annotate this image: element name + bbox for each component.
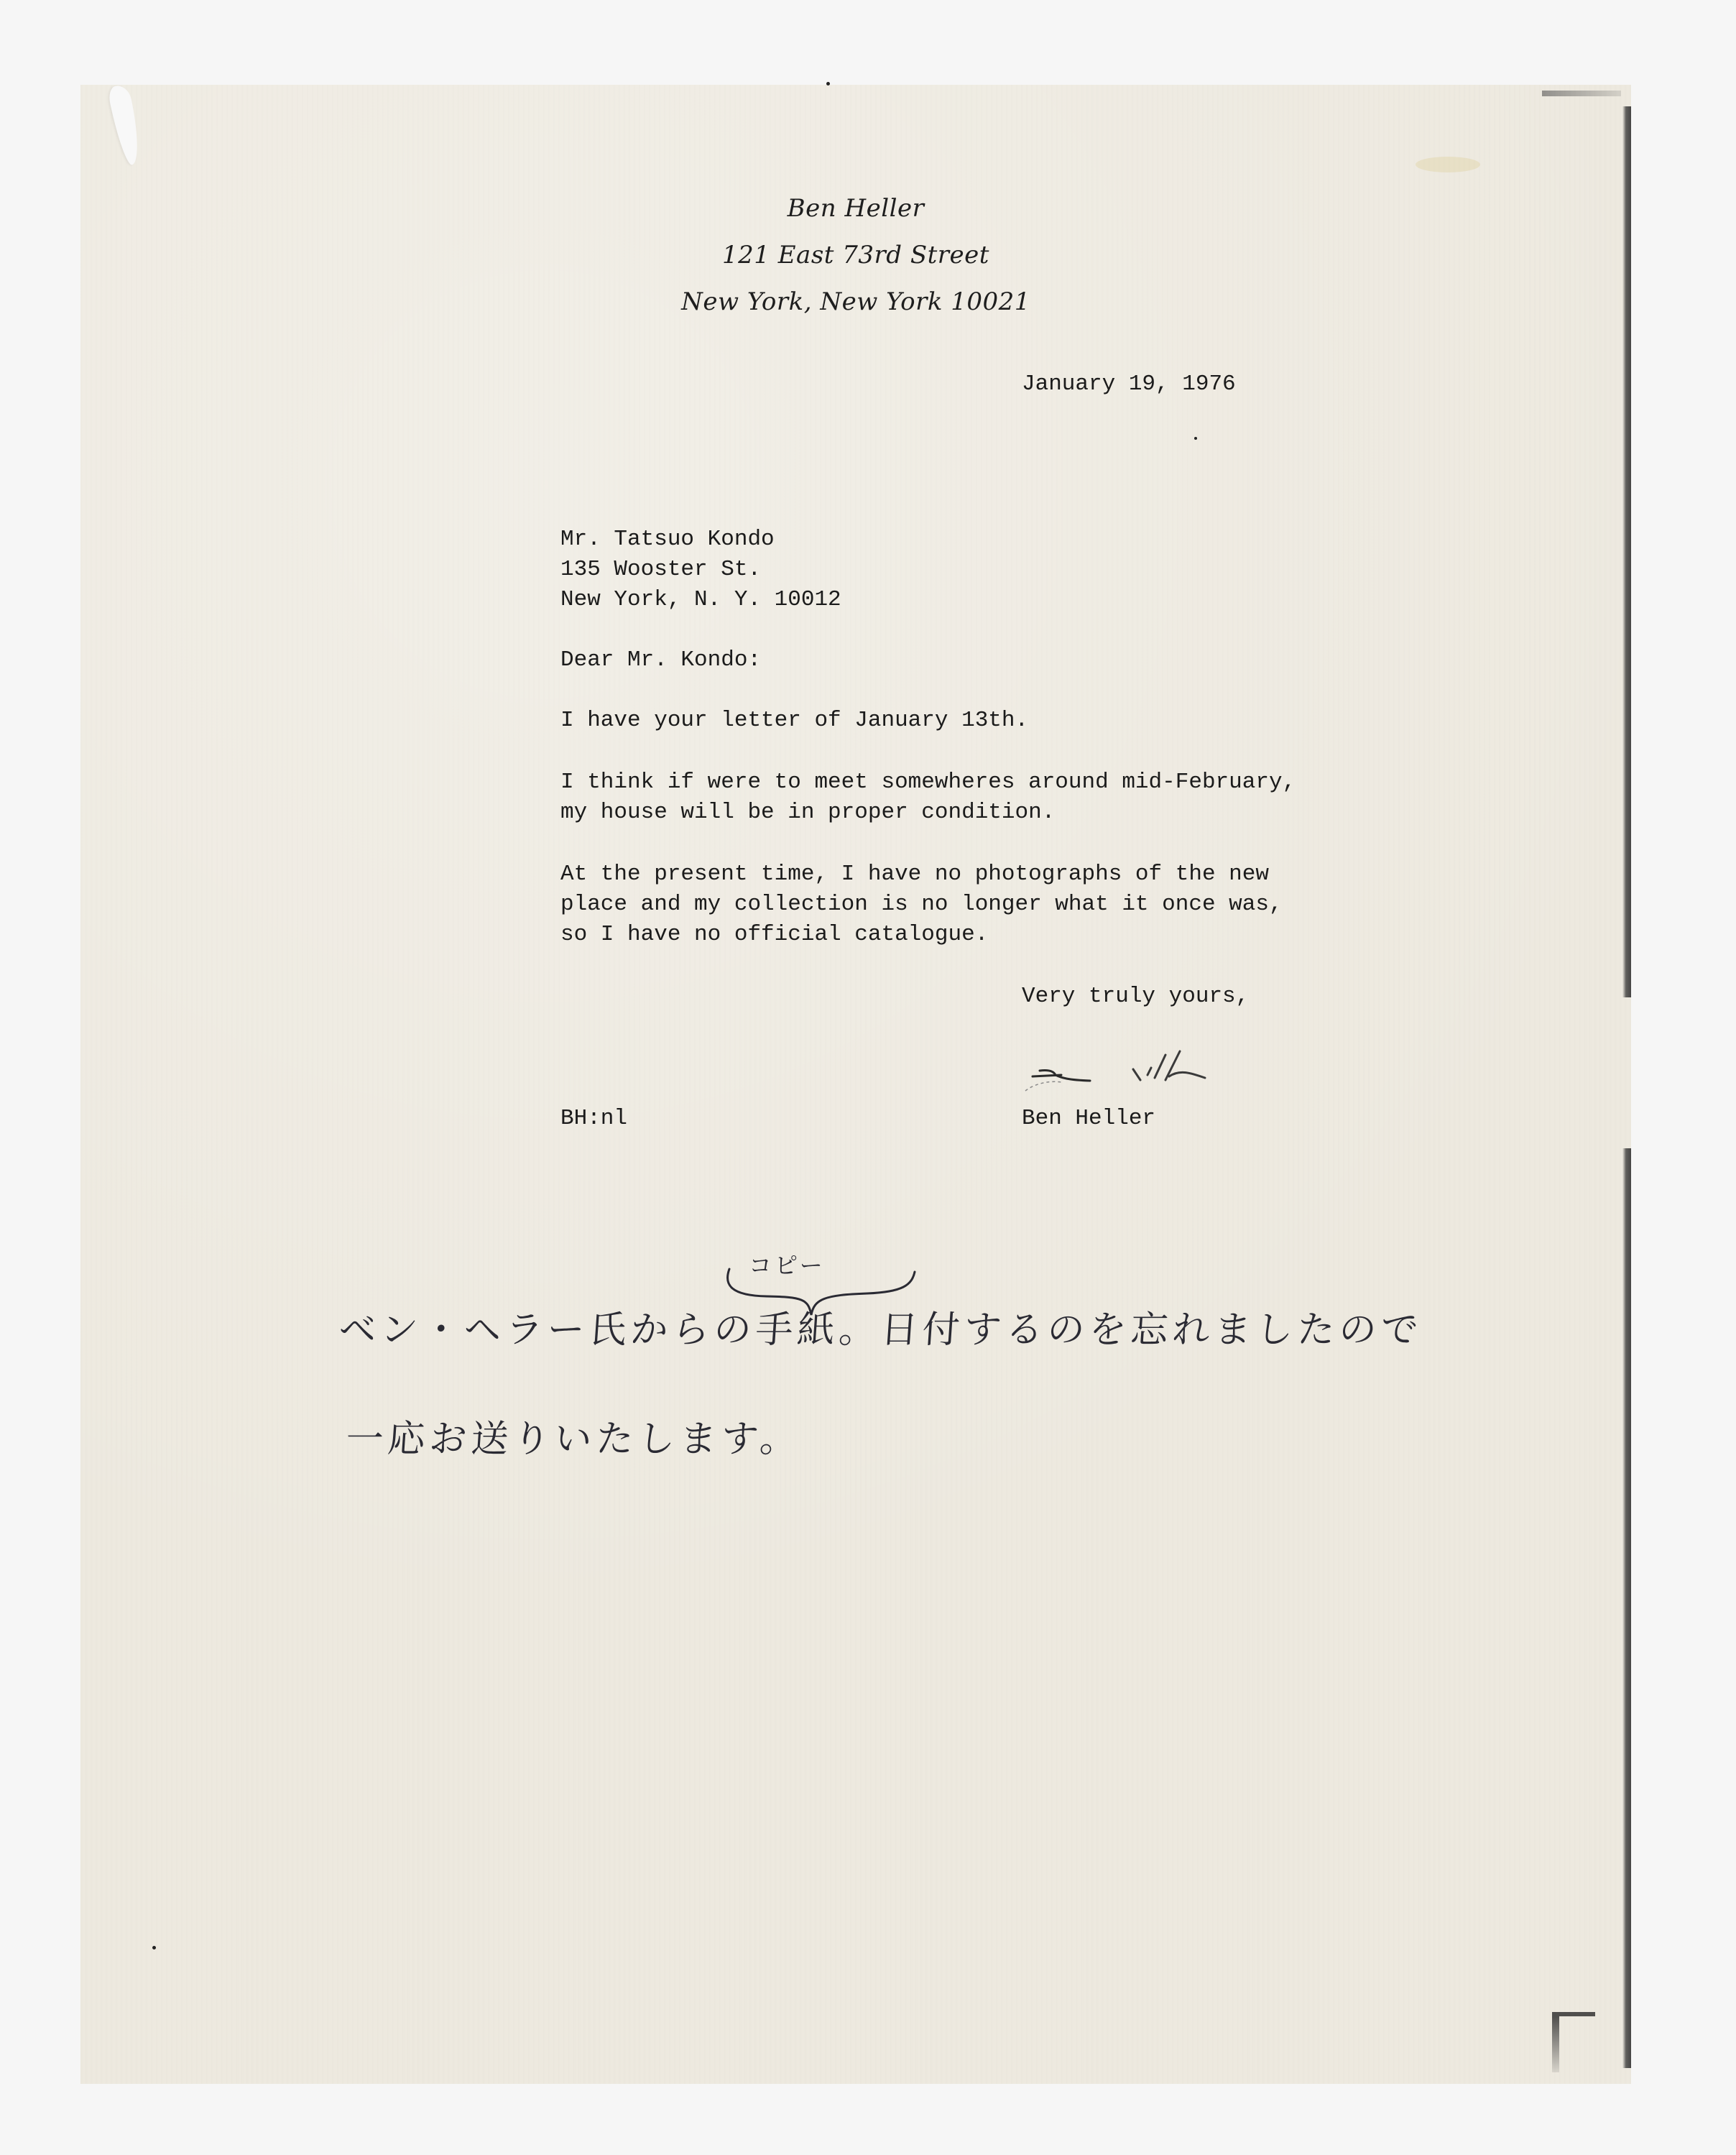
- letterhead-city: New York, New York 10021: [80, 279, 1631, 326]
- letter-date: January 19, 1976: [1022, 369, 1236, 400]
- letterhead-street: 121 East 73rd Street: [80, 232, 1631, 279]
- ink-speck: [826, 82, 830, 86]
- recipient-name: Mr. Tatsuo Kondo: [560, 525, 841, 555]
- handwritten-note-line-1: ベン・ヘラー氏からの手紙。日付するのを忘れましたので: [337, 1299, 1424, 1353]
- recipient-address: Mr. Tatsuo Kondo135 Wooster St.New York,…: [560, 525, 841, 615]
- signer-name: Ben Heller: [1022, 1104, 1155, 1134]
- corner-copier-mark: [1552, 2012, 1595, 2077]
- signature-icon: [1018, 1040, 1262, 1105]
- handwritten-ruby-annotation: コピー: [749, 1247, 826, 1280]
- torn-corner: [107, 83, 145, 167]
- salutation: Dear Mr. Kondo:: [560, 645, 761, 675]
- recipient-city: New York, N. Y. 10012: [560, 585, 841, 615]
- recipient-street: 135 Wooster St.: [560, 555, 841, 585]
- letterhead: Ben Heller 121 East 73rd Street New York…: [80, 185, 1631, 326]
- body-paragraph-3: At the present time, I have no photograp…: [560, 859, 1283, 950]
- ink-speck: [1194, 437, 1197, 440]
- handwritten-note-line-2: 一応お送りいたします。: [344, 1408, 803, 1462]
- body-paragraph-1: I have your letter of January 13th.: [560, 706, 1028, 736]
- letterhead-name: Ben Heller: [80, 185, 1631, 232]
- letter-page: Ben Heller 121 East 73rd Street New York…: [80, 85, 1631, 2084]
- ink-speck: [152, 1946, 156, 1949]
- closing: Very truly yours,: [1022, 982, 1249, 1012]
- body-paragraph-2: I think if were to meet somewheres aroun…: [560, 767, 1296, 828]
- reference-initials: BH:nl: [560, 1104, 627, 1134]
- paper-stain: [1416, 157, 1480, 172]
- copier-smudge-top: [1542, 91, 1621, 96]
- copier-edge-shadow-lower: [1622, 1148, 1631, 2068]
